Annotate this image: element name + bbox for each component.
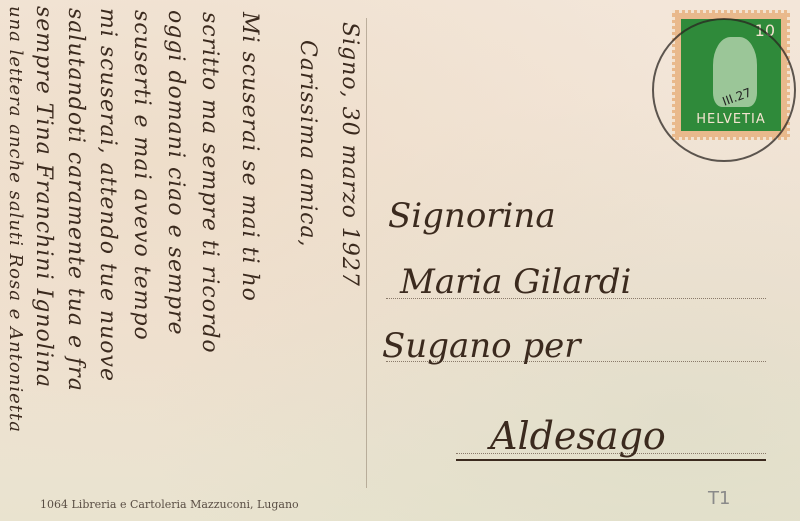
message-line: una lettera anche saluti Rosa e Antoniet… [5, 6, 26, 433]
message-line: oggi domani ciao e sempre [163, 10, 188, 335]
message-line: Mi scuserai se mai ti ho [237, 12, 262, 302]
postmark-circle-icon [652, 18, 796, 162]
message-line: mi scuserai, attendo tue nuove [95, 8, 120, 382]
pencil-note: T1 [708, 488, 730, 509]
address-line-4: Aldesago [490, 414, 666, 458]
address-line-2: Maria Gilardi [400, 262, 631, 302]
address-line-3: Sugano per [382, 326, 581, 366]
message-line: sempre Tina Franchini Ignolina [31, 6, 56, 388]
center-divider [366, 18, 367, 488]
message-line: scritto ma sempre ti ricordo [197, 12, 222, 354]
address-line-1: Signorina [388, 196, 556, 236]
printer-imprint: 1064 Libreria e Cartoleria Mazzuconi, Lu… [40, 498, 299, 511]
salutation: Carissima amica, [295, 40, 320, 248]
postcard: Signo, 30 marzo 1927 Carissima amica, Mi… [0, 0, 800, 521]
message-line: salutandoti caramente tua e fra [63, 8, 88, 392]
address-underline [456, 459, 766, 461]
date-line: Signo, 30 marzo 1927 [337, 22, 362, 287]
message-line: scuserti e mai avevo tempo [129, 10, 154, 341]
